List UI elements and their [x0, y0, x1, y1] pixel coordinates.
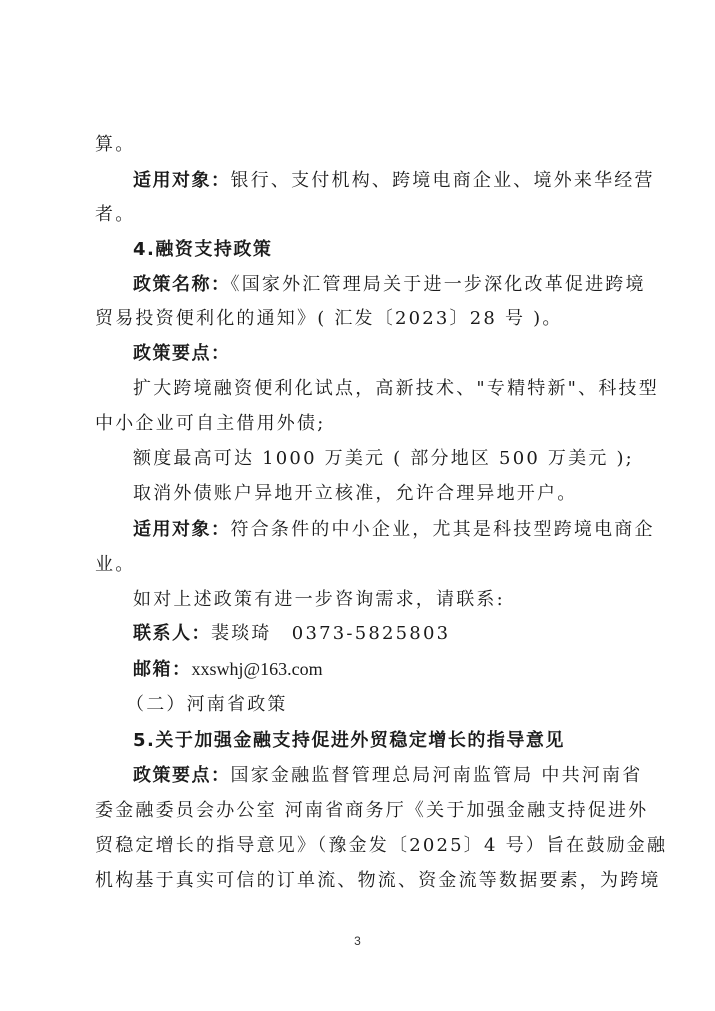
text-line: 机构基于真实可信的订单流、物流、资金流等数据要素，为跨境 — [95, 870, 661, 892]
label: 邮箱： — [133, 659, 192, 680]
text-line: 算。 — [95, 134, 135, 156]
text-line: 贸易投资便利化的通知》( 汇发〔2023〕28 号 )。 — [95, 308, 563, 330]
applicable-objects-line: 适用对象：银行、支付机构、跨境电商企业、境外来华经营 — [133, 170, 655, 192]
text-line: 者。 — [95, 204, 135, 226]
policy-points-line: 政策要点： — [133, 343, 231, 365]
value: 《国家外汇管理局关于进一步深化改革促进跨境 — [231, 274, 646, 295]
policy-name-line: 政策名称：《国家外汇管理局关于进一步深化改革促进跨境 — [133, 274, 646, 296]
page-number: 3 — [0, 934, 715, 948]
value: 国家金融监督管理总局河南监管局 中共河南省 — [231, 765, 643, 786]
policy-points-line: 政策要点：国家金融监督管理总局河南监管局 中共河南省 — [133, 765, 642, 787]
subsection-heading: （二）河南省政策 — [126, 694, 288, 716]
text-line: 取消外债账户异地开立核准，允许合理异地开户。 — [133, 483, 577, 505]
email-link[interactable]: xxswhj@163.com — [192, 659, 323, 679]
label: 政策名称： — [133, 274, 231, 295]
label: 政策要点： — [133, 765, 231, 786]
label: 适用对象： — [133, 519, 231, 540]
text-line: 额度最高可达 1000 万美元 ( 部分地区 500 万美元 ); — [133, 448, 634, 470]
text-line: 业。 — [95, 554, 135, 576]
document-page: 算。 适用对象：银行、支付机构、跨境电商企业、境外来华经营 者。 4.融资支持政… — [0, 0, 715, 1011]
value: 银行、支付机构、跨境电商企业、境外来华经营 — [231, 170, 655, 191]
applicable-objects-line: 适用对象：符合条件的中小企业，尤其是科技型跨境电商企 — [133, 519, 655, 541]
section-heading: 4.融资支持政策 — [133, 239, 272, 261]
value: 裴琰琦 0373-5825803 — [211, 623, 450, 644]
text-line: 扩大跨境融资便利化试点，高新技术、"专精特新"、科技型 — [133, 378, 659, 400]
text-line: 委金融委员会办公室 河南省商务厅《关于加强金融支持促进外 — [95, 800, 648, 822]
contact-person-line: 联系人：裴琰琦 0373-5825803 — [133, 623, 450, 645]
email-line: 邮箱：xxswhj@163.com — [133, 658, 323, 681]
value: 符合条件的中小企业，尤其是科技型跨境电商企 — [231, 519, 655, 540]
section-heading: 5.关于加强金融支持促进外贸稳定增长的指导意见 — [133, 730, 565, 752]
label: 适用对象： — [133, 170, 231, 191]
text-line: 如对上述政策有进一步咨询需求，请联系: — [133, 589, 505, 611]
text-line: 贸稳定增长的指导意见》（豫金发〔2025〕4 号）旨在鼓励金融 — [95, 835, 667, 857]
label: 政策要点： — [133, 343, 231, 364]
label: 联系人： — [133, 623, 211, 644]
text-line: 中小企业可自主借用外债; — [95, 413, 325, 435]
